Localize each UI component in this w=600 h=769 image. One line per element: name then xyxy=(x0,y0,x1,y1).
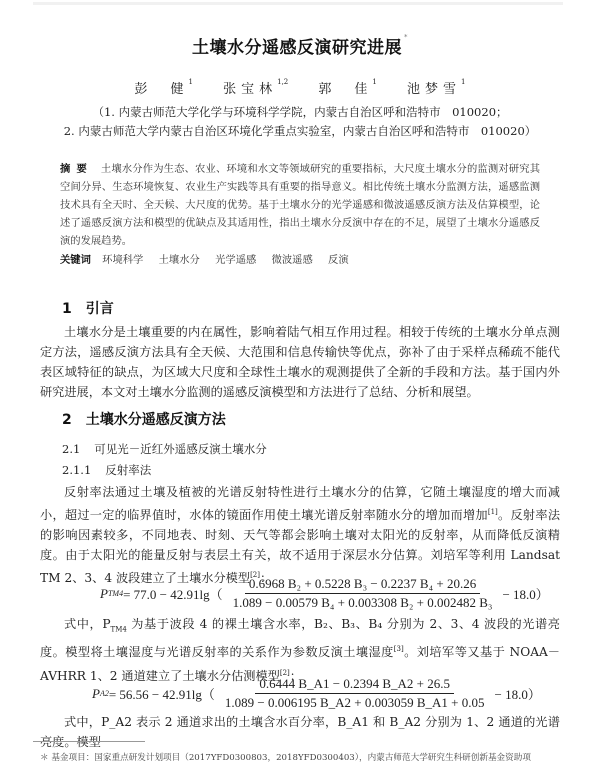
affiliation-2: 2. 内蒙古师范大学内蒙古自治区环境化学重点实验室，内蒙古自治区呼和浩特市 01… xyxy=(0,123,600,139)
affiliation-1: （1. 内蒙古师范大学化学与环境科学学院，内蒙古自治区呼和浩特市 010020； xyxy=(0,104,600,120)
author-list: 彭 健1 张宝林1,2 郭 佳1 池梦雪1 xyxy=(0,78,600,97)
equation-1: PTM4 = 77.0 − 42.91lg（ 0.6968 B₂ + 0.522… xyxy=(100,576,549,611)
title-footnote-mark: * xyxy=(404,33,408,41)
keyword: 微波遥感 xyxy=(272,254,313,266)
page-top-border xyxy=(33,2,563,5)
funding-footnote: ＊ 基金项目：国家重点研发计划项目（2017YFD0300803，2018YFD… xyxy=(40,751,580,763)
abstract-text: 土壤水分作为生态、农业、环境和水文等领域研究的重要指标，大尺度土壤水分的监测对研… xyxy=(60,163,540,247)
subsection-heading-2-1-1: 2.1.1反射率法 xyxy=(62,462,151,478)
equation-1-explanation: 式中，PTM4 为基于波段 4 的裸土壤含水率，B₂、B₃、B₄ 分别为 2、3… xyxy=(40,614,560,686)
reflectance-paragraph: 反射率法通过土壤及植被的光谱反射特性进行土壤水分的估算，它随土壤湿度的增大而减小… xyxy=(40,482,560,588)
intro-paragraph: 土壤水分是土壤重要的内在属性，影响着陆气相互作用过程。相较于传统的土壤水分单点测… xyxy=(40,322,560,402)
author: 郭 佳1 xyxy=(318,82,376,97)
keyword: 环境科学 xyxy=(102,254,143,266)
abstract-label: 摘要 xyxy=(60,163,93,175)
section-heading-2: 2土壤水分遥感反演方法 xyxy=(62,409,226,429)
title-text: 土壤水分遥感反演研究进展 xyxy=(192,38,402,58)
author: 张宝林1,2 xyxy=(223,82,288,97)
subsection-heading-2-1: 2.1可见光－近红外遥感反演土壤水分 xyxy=(62,441,267,457)
keyword: 土壤水分 xyxy=(159,254,200,266)
keywords-label: 关键词 xyxy=(60,254,91,266)
section-heading-1: 1引言 xyxy=(62,298,114,318)
equation-2-fraction: 0.6444 B_A1 − 0.2394 B_A2 + 26.5 1.089 −… xyxy=(221,676,489,711)
keyword: 光学遥感 xyxy=(215,254,256,266)
footnote-divider xyxy=(33,741,145,742)
equation-2-explanation: 式中，P_A2 表示 2 通道求出的土壤含水百分率，B_A1 和 B_A2 分别… xyxy=(40,712,560,752)
equation-2: PA2 = 56.56 − 42.91lg（ 0.6444 B_A1 − 0.2… xyxy=(92,676,541,711)
citation: [3] xyxy=(394,645,404,653)
author: 彭 健1 xyxy=(134,82,192,97)
keywords: 关键词 环境科学 土壤水分 光学遥感 微波遥感 反演 xyxy=(60,251,540,266)
abstract: 摘要土壤水分作为生态、农业、环境和水文等领域研究的重要指标，大尺度土壤水分的监测… xyxy=(60,160,540,250)
equation-1-fraction: 0.6968 B₂ + 0.5228 B₃ − 0.2237 B₄ + 20.2… xyxy=(229,576,497,611)
author: 池梦雪1 xyxy=(407,82,465,97)
citation: [1] xyxy=(488,508,498,516)
keyword: 反演 xyxy=(328,254,349,266)
paper-title: 土壤水分遥感反演研究进展* xyxy=(0,33,600,58)
